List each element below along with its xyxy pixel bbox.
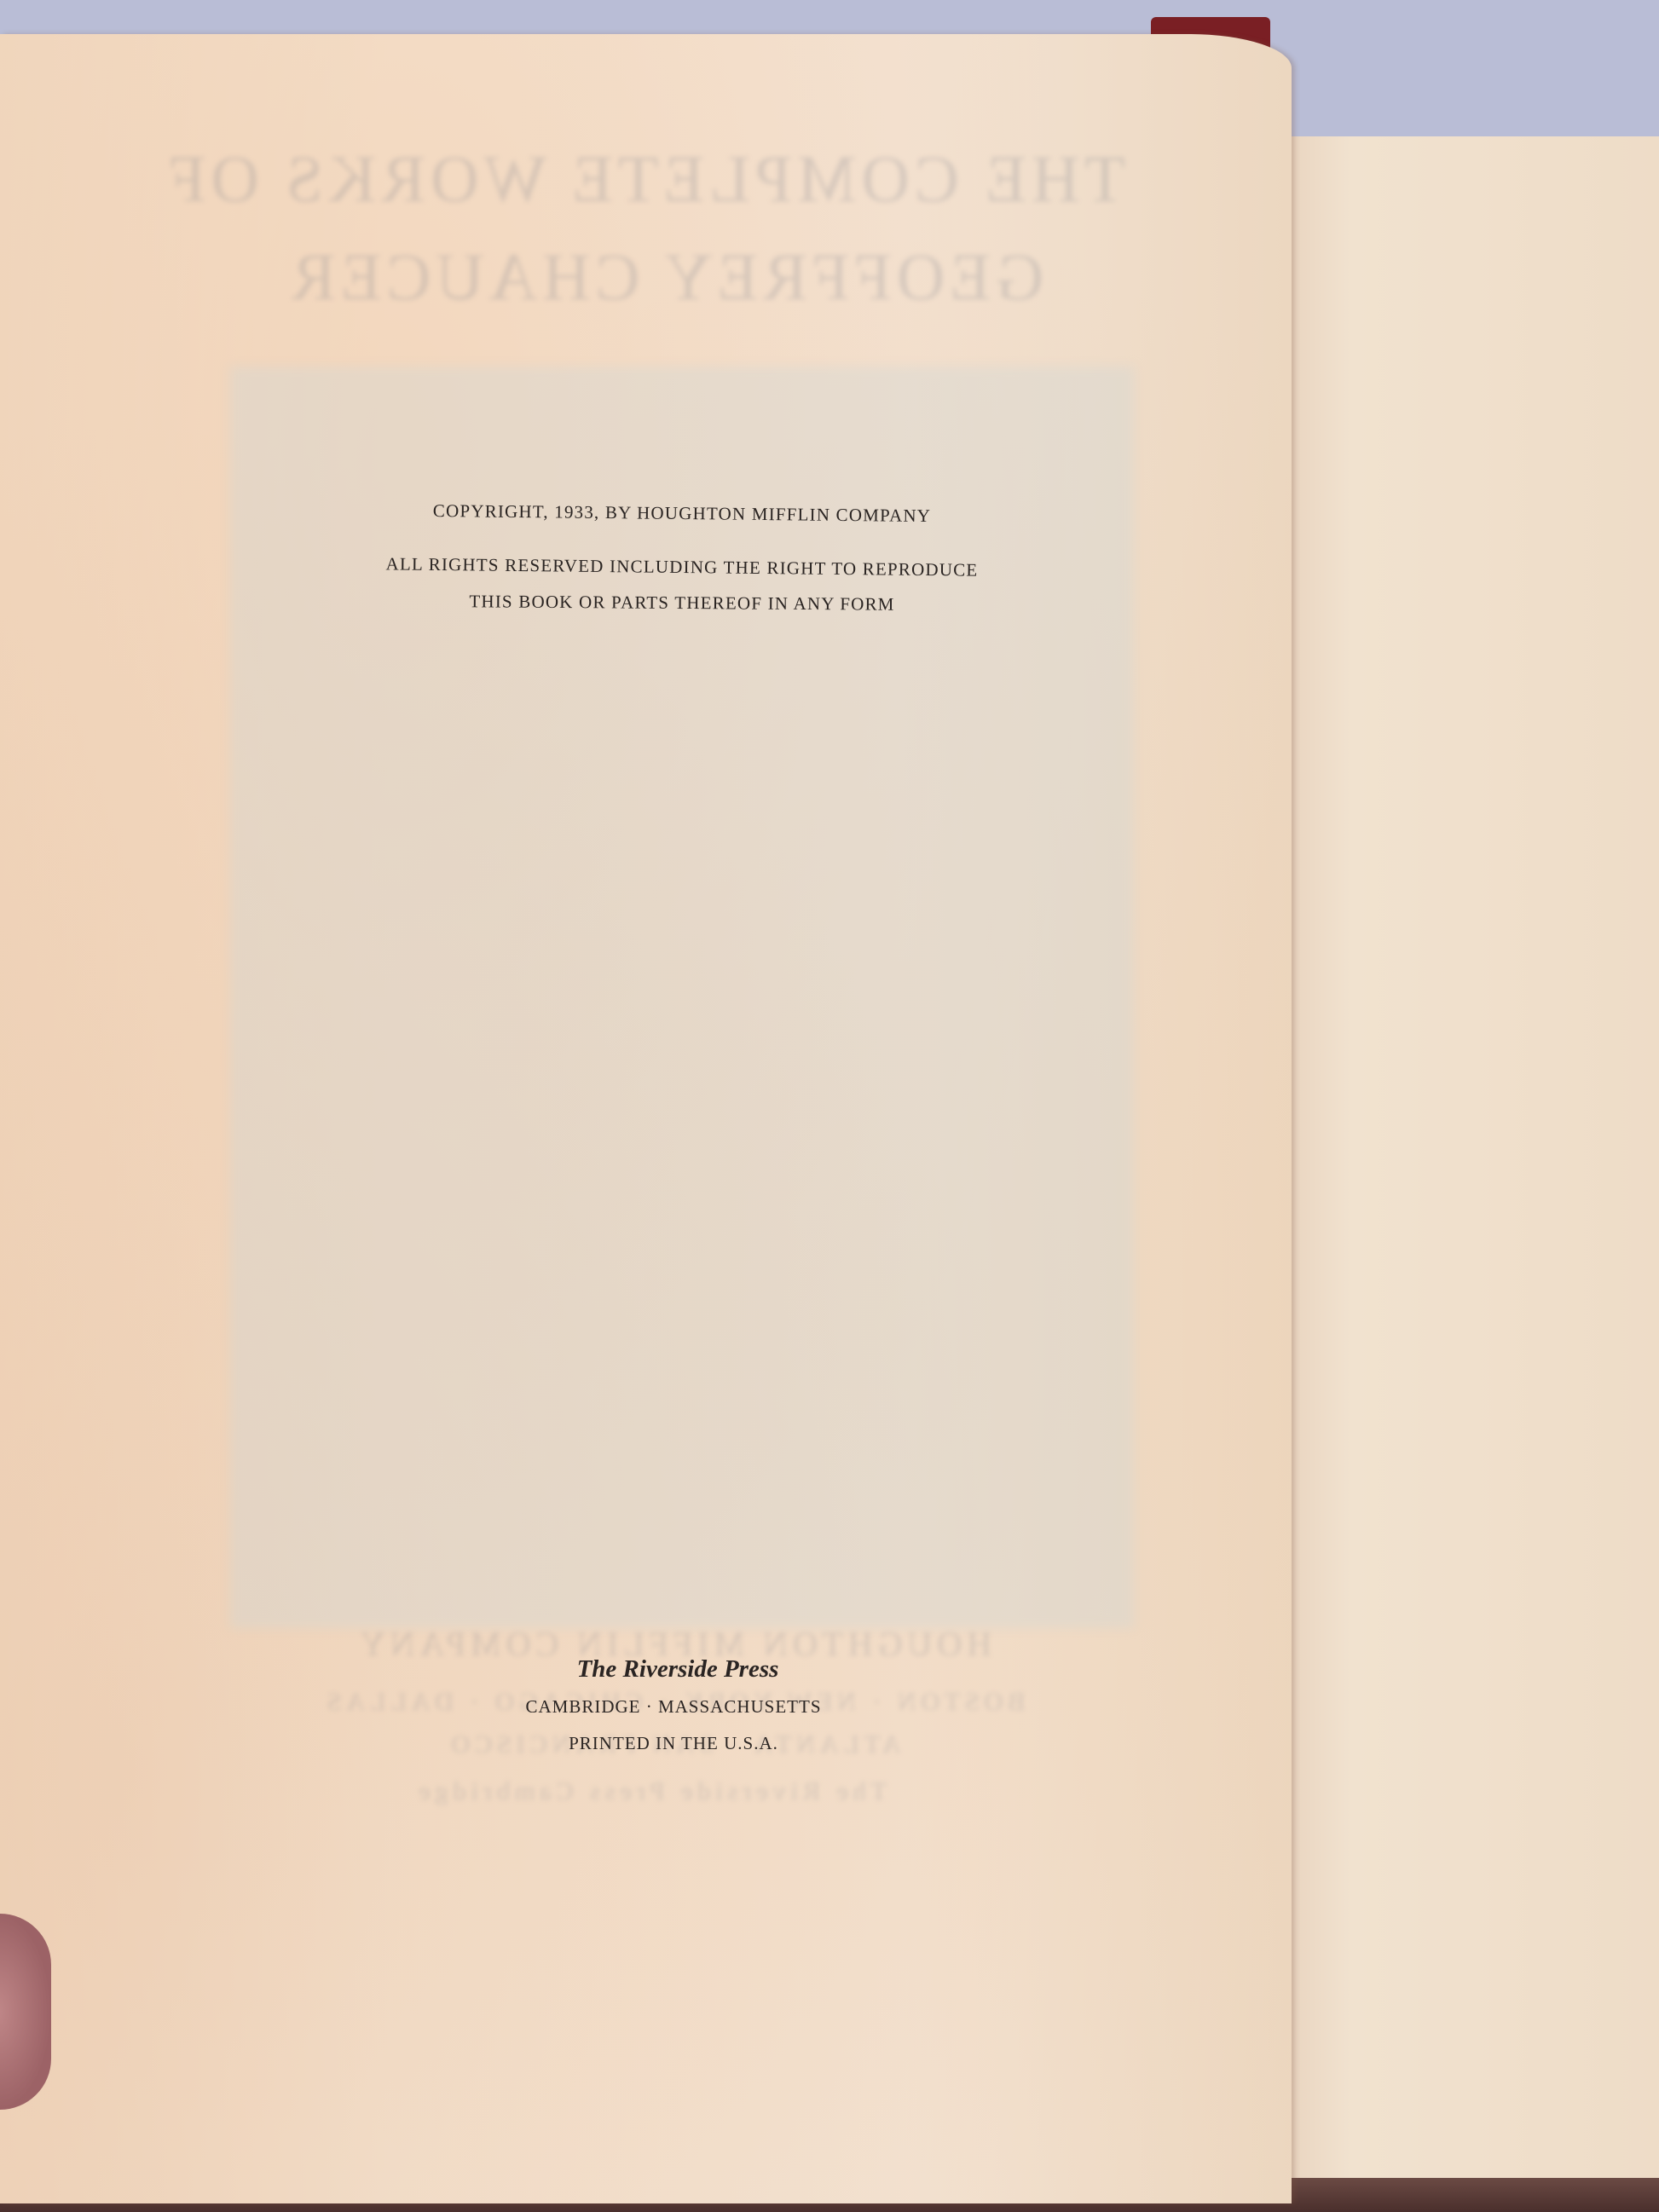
bleed-title-line-1: THE COMPLETE WORKS OF: [205, 141, 1125, 217]
thumb: [0, 1914, 51, 2110]
bleed-title-line-2: GEOFFREY CHAUCER: [205, 239, 1125, 315]
bleed-press: The Riverside Press Cambridge: [443, 1777, 887, 1806]
right-page: [1275, 136, 1659, 2178]
press-location: CAMBRIDGE · MASSACHUSETTS: [494, 1696, 853, 1718]
rights-line-2: THIS BOOK OR PARTS THEREOF IN ANY FORM: [392, 591, 972, 616]
printed-in: PRINTED IN THE U.S.A.: [512, 1733, 835, 1754]
press-name: The Riverside Press: [512, 1655, 844, 1684]
